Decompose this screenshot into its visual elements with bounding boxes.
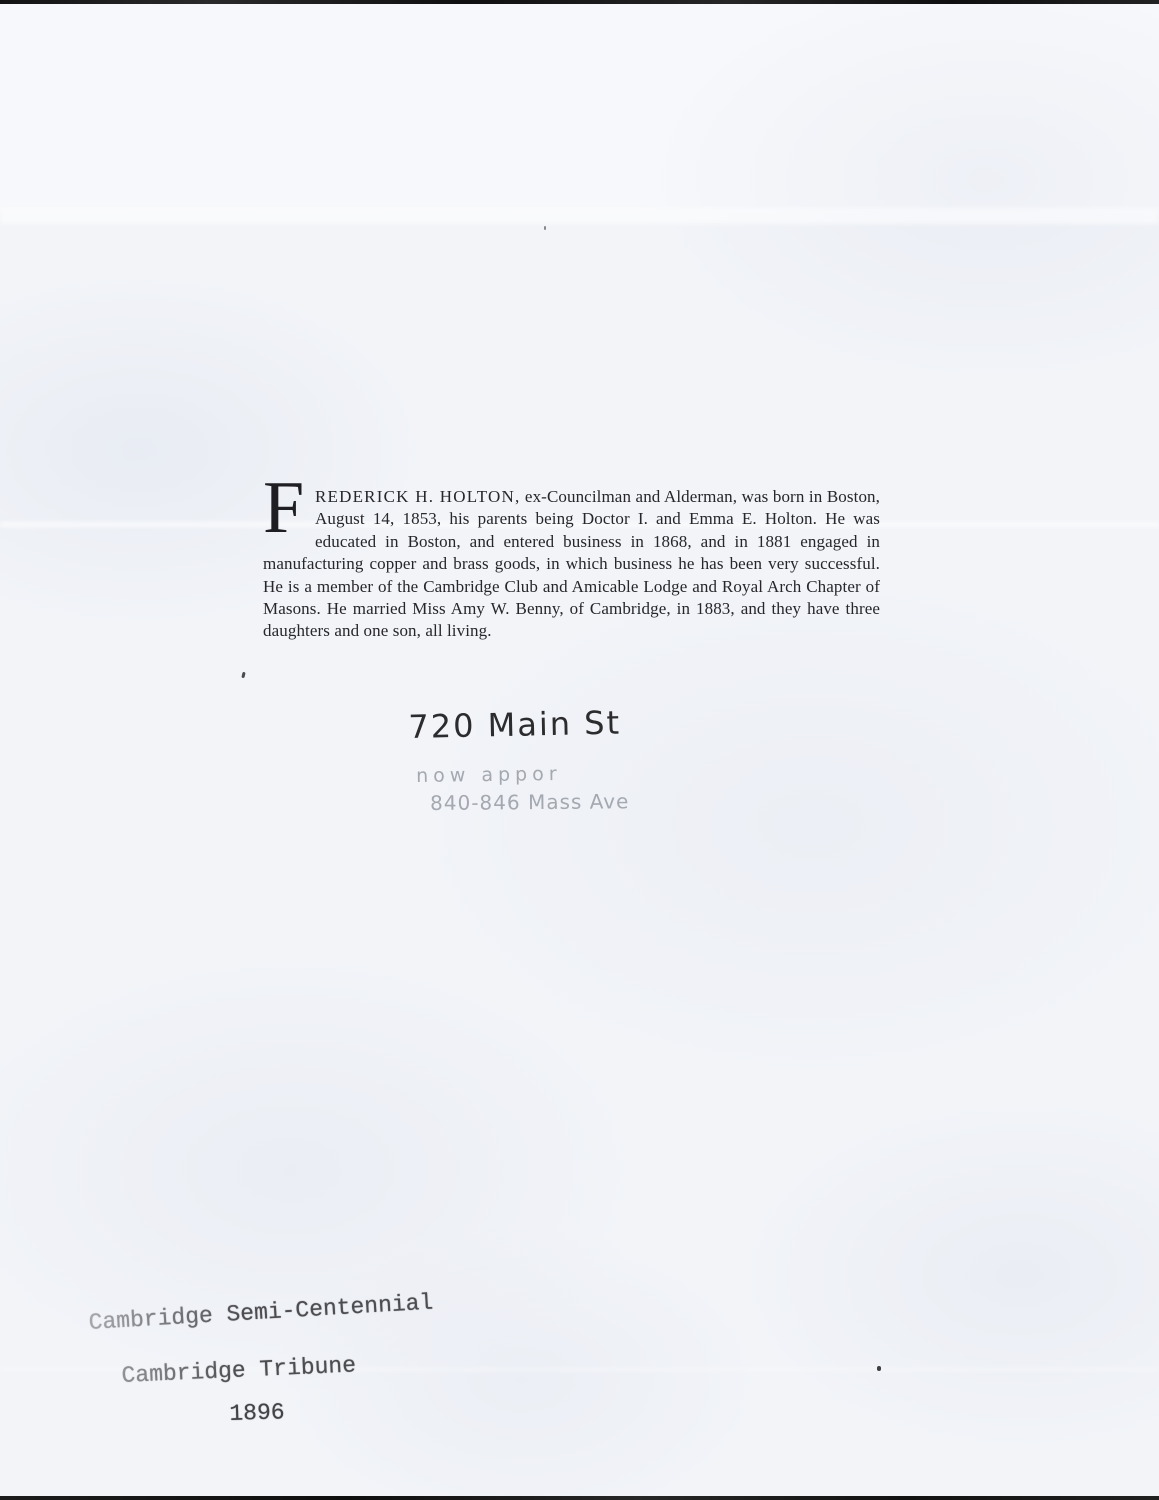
- ink-speck: [877, 1366, 881, 1371]
- scan-edge-top: [0, 0, 1159, 4]
- pencil-note-line1: now appor: [416, 763, 562, 787]
- scanned-document-page: FREDERICK H. HOLTON, ex-Councilman and A…: [0, 0, 1159, 1500]
- drop-cap-letter: F: [263, 486, 308, 531]
- pencil-note-line2: 840-846 Mass Ave: [430, 789, 629, 815]
- typed-source-line-semi-centennial: Cambridge Semi-Centennial: [88, 1290, 434, 1336]
- typed-source-line-tribune: Cambridge Tribune: [121, 1352, 357, 1389]
- scan-edge-bottom: [0, 1496, 1159, 1500]
- ink-speck: [241, 672, 245, 679]
- subject-name-caps: REDERICK H. HOLTON,: [315, 487, 520, 506]
- handwritten-address: 720 Main St: [408, 704, 621, 746]
- typed-source-line-year: 1896: [229, 1399, 285, 1427]
- biography-text: ex-Councilman and Alderman, was born in …: [263, 487, 880, 640]
- biography-paragraph: FREDERICK H. HOLTON, ex-Councilman and A…: [263, 486, 880, 643]
- ink-speck: [544, 226, 546, 230]
- scan-streak: [0, 208, 1159, 224]
